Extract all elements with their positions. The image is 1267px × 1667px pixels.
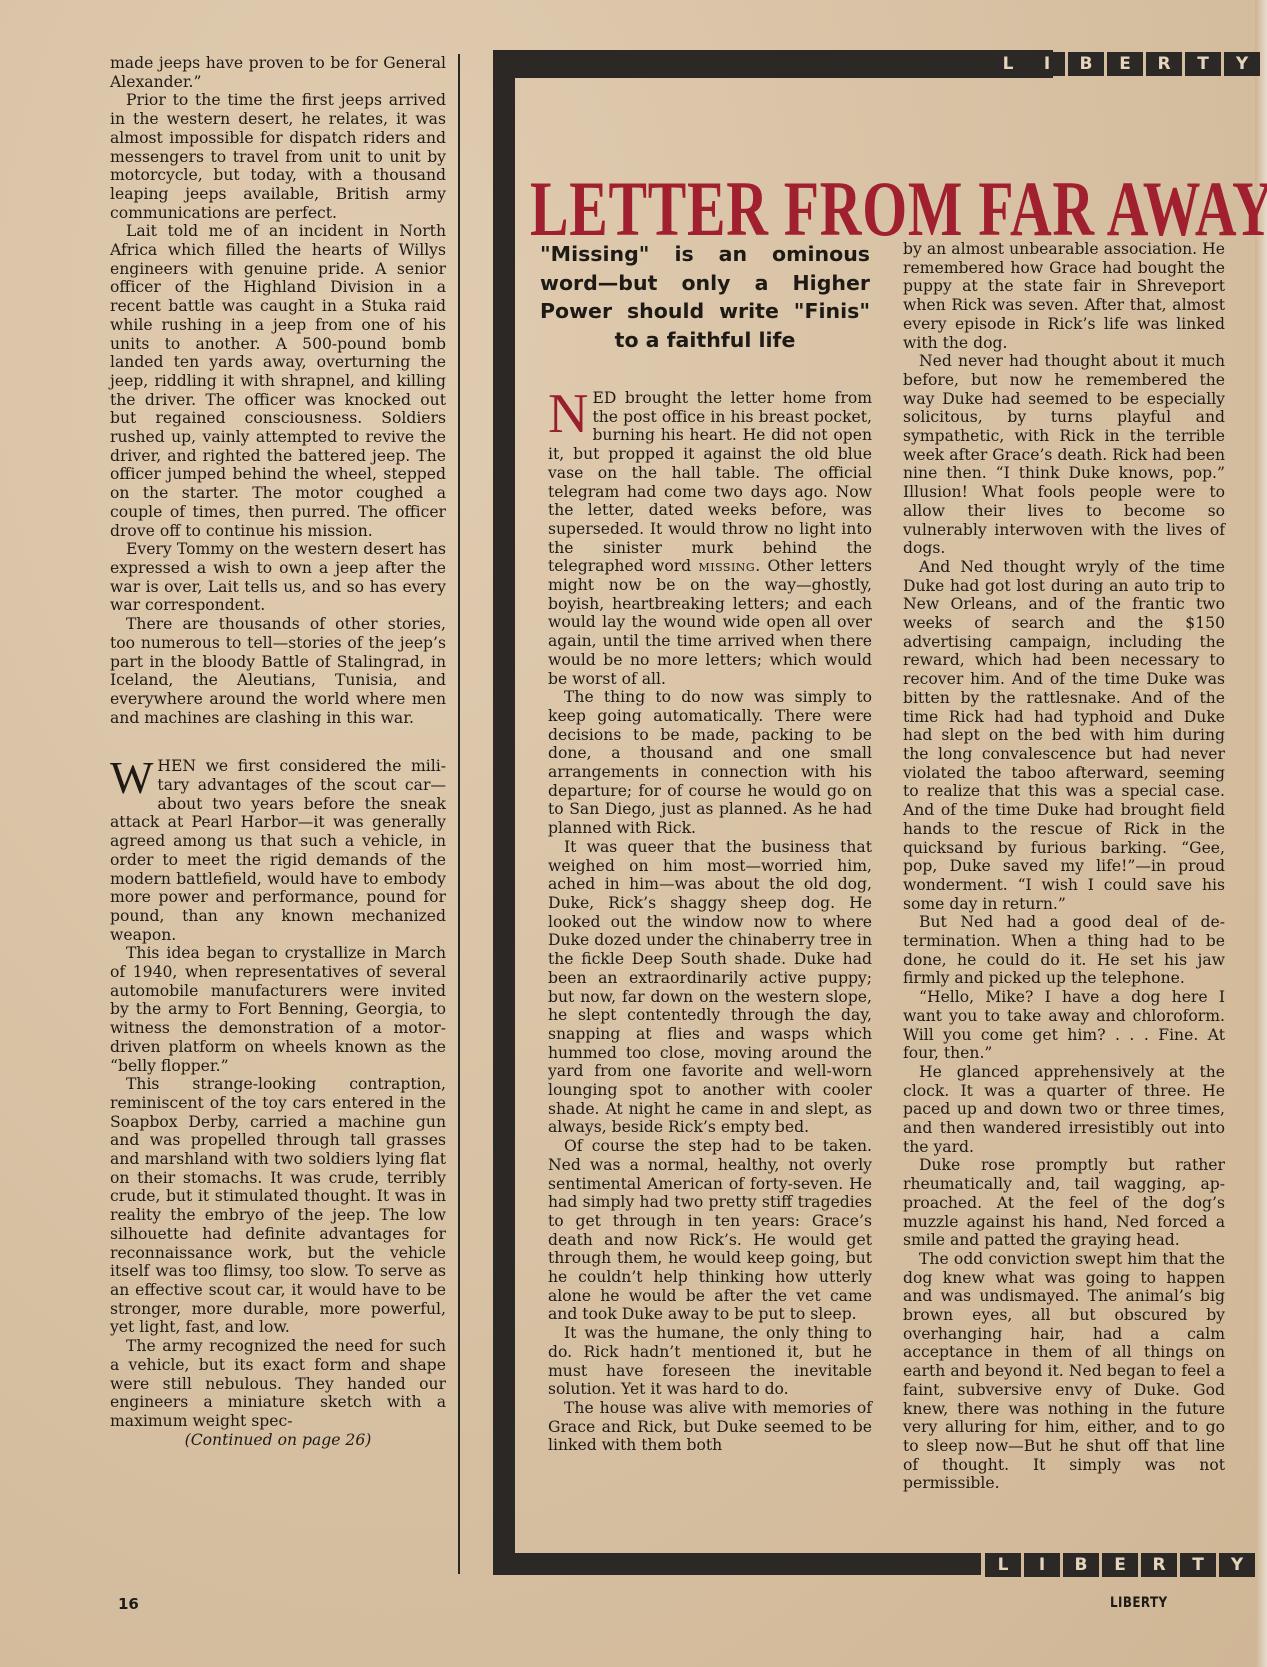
column-rule — [458, 54, 460, 1574]
paragraph: This strange-looking contraption, remini… — [110, 1075, 446, 1337]
paragraph: Prior to the time the first jeeps arrive… — [110, 91, 446, 222]
story-column-1: NED brought the letter home from the pos… — [548, 389, 872, 1455]
continued-note: (Continued on page 26) — [110, 1431, 446, 1450]
paragraph-text: brought the letter home from the post of… — [548, 389, 872, 575]
lead-word: HEN — [157, 757, 196, 775]
drop-cap: W — [110, 759, 153, 797]
paragraph: The odd conviction swept him that the do… — [903, 1250, 1225, 1493]
paragraph: There are thousands of other stories, to… — [110, 615, 446, 727]
libertys-strip-top: L I B E R T Y — [990, 52, 1260, 76]
paragraph: It was the humane, the only thing to do.… — [548, 1324, 872, 1399]
paragraph: “Hello, Mike? I have a dog here I want y… — [903, 988, 1225, 1063]
strip-letter: B — [1063, 1553, 1099, 1577]
strip-letter: Y — [1219, 1553, 1255, 1577]
strip-letter: B — [1068, 52, 1104, 76]
paragraph: made jeeps have proven to be for General… — [110, 54, 446, 91]
paragraph-text: we first considered the mili­tary advant… — [110, 757, 446, 943]
strip-letter: L — [985, 1553, 1021, 1577]
paragraph: And Ned thought wryly of the time Duke h… — [903, 558, 1225, 913]
paragraph-text: . Other letters might now be on the way—… — [548, 557, 872, 687]
paragraph: This idea began to crystallize in March … — [110, 944, 446, 1075]
story-deck: "Missing" is an ominous word—but only a … — [540, 240, 870, 354]
strip-letter: Y — [1224, 52, 1260, 76]
story-opening-paragraph: NED brought the letter home from the pos… — [548, 389, 872, 688]
lead-word: ED — [592, 389, 616, 407]
paragraph: The thing to do now was simply to keep g… — [548, 688, 872, 838]
paragraph: It was queer that the business that weig… — [548, 838, 872, 1137]
frame-left-bar — [493, 50, 515, 1575]
paragraph: Duke rose promptly but rather rheumatica… — [903, 1156, 1225, 1250]
paragraph: But Ned had a good deal of de­terminatio… — [903, 913, 1225, 988]
strip-letter: R — [1141, 1553, 1177, 1577]
page-number: 16 — [118, 1595, 139, 1613]
drop-cap: N — [548, 391, 588, 437]
frame-bottom-bar — [493, 1553, 981, 1575]
frame-top-bar — [493, 50, 1053, 78]
strip-letter: R — [1146, 52, 1182, 76]
strip-letter: E — [1107, 52, 1143, 76]
paragraph: Every Tommy on the western desert has ex… — [110, 540, 446, 615]
paragraph: The army recognized the need for such a … — [110, 1337, 446, 1431]
left-article-column: made jeeps have proven to be for General… — [110, 54, 446, 1449]
strip-letter: T — [1180, 1553, 1216, 1577]
strip-letter: L — [990, 52, 1026, 76]
dropcap-paragraph: WHEN we first considered the mili­tary a… — [110, 757, 446, 944]
paragraph: by an almost unbearable association. He … — [903, 240, 1225, 352]
paragraph: The house was alive with memo­ries of Gr… — [548, 1399, 872, 1455]
paragraph: Lait told me of an incident in North Afr… — [110, 222, 446, 540]
magazine-name: LIBERTY — [1110, 1595, 1168, 1611]
strip-letter: T — [1185, 52, 1221, 76]
story-column-2: by an almost unbearable association. He … — [903, 240, 1225, 1493]
paragraph: He glanced apprehensively at the clock. … — [903, 1063, 1225, 1157]
strip-letter: I — [1024, 1553, 1060, 1577]
strip-letter: I — [1029, 52, 1065, 76]
libertys-strip-bottom: L I B E R T Y — [985, 1553, 1255, 1577]
paragraph: Ned never had thought about it much befo… — [903, 352, 1225, 558]
smallcaps-word: missing — [698, 557, 755, 575]
strip-letter: E — [1102, 1553, 1138, 1577]
paragraph: Of course the step had to be taken. Ned … — [548, 1137, 872, 1324]
